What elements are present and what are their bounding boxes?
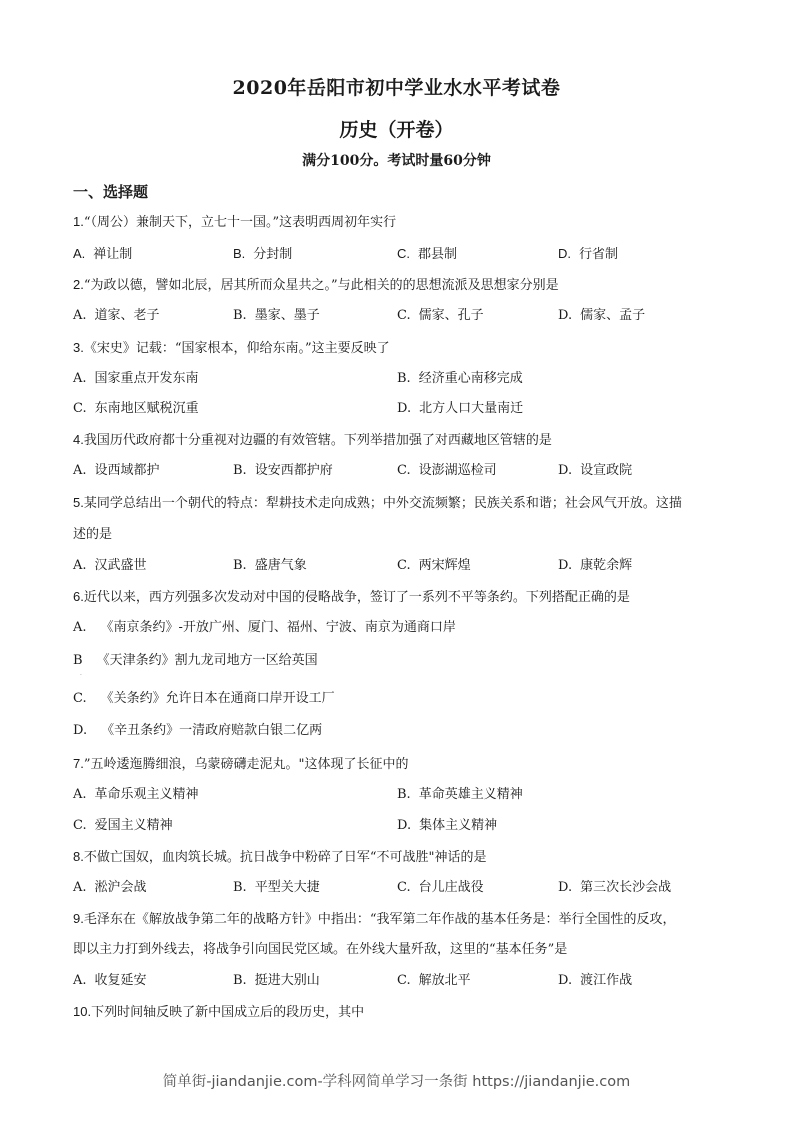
question-5-stem-line1: 5.某同学总结出一个朝代的特点：犁耕技术走向成熟；中外交流频繁；民族关系和谐；社… (73, 494, 682, 513)
question-10-stem: 10.下列时间轴反映了新中国成立后的段历史，其中 (73, 1003, 364, 1022)
q2-option-a: A.道家、老子 (73, 307, 160, 325)
question-4-stem: 4.我国历代政府都十分重视对边疆的有效管辖。下列举措加强了对西藏地区管辖的是 (73, 431, 552, 450)
q4-option-a: A.设西域都护 (73, 462, 160, 480)
q6-option-b: B《天津条约》割九龙司地方一区给英国 (73, 652, 318, 670)
question-8-stem: 8.不做亡国奴，血肉筑长城。抗日战争中粉碎了日军“不可战胜"神话的是 (73, 848, 486, 867)
q7-option-c: C.爱国主义精神 (73, 817, 173, 835)
question-2-stem: 2.“为政以德，譬如北辰，居其所而众星共之。”与此相关的的思想流派及思想家分别是 (73, 276, 559, 295)
q3-option-c: C.东南地区赋税沉重 (73, 400, 199, 418)
q5-option-a: A.汉武盛世 (73, 557, 147, 575)
q5-option-d: D.康乾余辉 (558, 557, 632, 575)
exam-subtitle: 历史（开卷） (0, 115, 793, 142)
q3-option-a: A.国家重点开发东南 (73, 370, 199, 388)
q8-option-b: B.平型关大捷 (233, 879, 320, 897)
section-title: 一、选择题 (73, 181, 148, 202)
q7-option-b: B.革命英雄主义精神 (397, 786, 523, 804)
q8-option-a: A.淞沪会战 (73, 879, 147, 897)
q9-option-a: A.收复延安 (73, 972, 147, 990)
exam-title: 2020年岳阳市初中学业水水平考试卷 (0, 73, 793, 100)
q2-option-b: B.墨家、墨子 (233, 307, 320, 325)
q9-option-d: D.渡江作战 (558, 972, 632, 990)
q7-option-d: D.集体主义精神 (397, 817, 497, 835)
q9-option-c: C.解放北平 (397, 972, 471, 990)
q1-option-a: A.禅让制 (73, 245, 132, 264)
question-3-stem: 3.《宋史》记载：“国家根本，仰给东南。”这主要反映了 (73, 339, 390, 358)
q9-option-b: B.挺进大别山 (233, 972, 320, 990)
question-7-stem: 7.”五岭逶迤腾细浪，乌蒙磅礴走泥丸。"这体现了长征中的 (73, 755, 408, 774)
q5-option-b: B.盛唐气象 (233, 557, 307, 575)
q3-option-d: D.北方人口大量南迁 (397, 400, 523, 418)
q2-option-d: D.儒家、孟子 (558, 307, 645, 325)
q8-option-d: D.第三次长沙会战 (558, 879, 671, 897)
q3-option-b: B.经济重心南移完成 (397, 370, 523, 388)
stray-mark: · (80, 672, 82, 679)
score-info: 满分100分。考试时量60分钟 (0, 150, 793, 170)
q4-option-c: C.设澎湖巡检司 (397, 462, 497, 480)
q4-option-d: D.设宣政院 (558, 462, 632, 480)
question-9-stem-line2: 即以主力打到外线去，将战争引向国民党区域。在外线大量歼敌，这里的“基本任务”是 (73, 941, 567, 959)
q1-option-d: D.行省制 (558, 245, 618, 264)
q5-option-c: C.两宋辉煌 (397, 557, 471, 575)
question-1-stem: 1.“（周公）兼制天下，立七十一国。”这表明西周初年实行 (73, 213, 396, 232)
question-6-stem: 6.近代以来，西方列强多次发动对中国的侵略战争，签订了一系列不平等条约。下列搭配… (73, 588, 630, 607)
q7-option-a: A.革命乐观主义精神 (73, 786, 199, 804)
q1-option-b: B.分封制 (233, 245, 292, 264)
footer-watermark: 简单街-jiandanjie.com-学科网简单学习一条街 https://ji… (0, 1070, 793, 1091)
q4-option-b: B.设安西都护府 (233, 462, 333, 480)
q6-option-a: A.《南京条约》-开放广州、厦门、福州、宁波、南京为通商口岸 (73, 619, 456, 637)
q6-option-d: D.《辛丑条约》一清政府赔款白银二亿两 (73, 722, 322, 740)
q8-option-c: C.台儿庄战役 (397, 879, 484, 897)
q2-option-c: C.儒家、孔子 (397, 307, 484, 325)
question-9-stem-line1: 9.毛泽东在《解放战争第二年的战略方针》中指出：“我军第二年作战的基本任务是：举… (73, 910, 676, 929)
q6-option-c: C.《关条约》允许日本在通商口岸开设工厂 (73, 690, 335, 708)
q1-option-c: C.郡县制 (397, 245, 457, 264)
question-5-stem-line2: 述的是 (73, 526, 112, 544)
